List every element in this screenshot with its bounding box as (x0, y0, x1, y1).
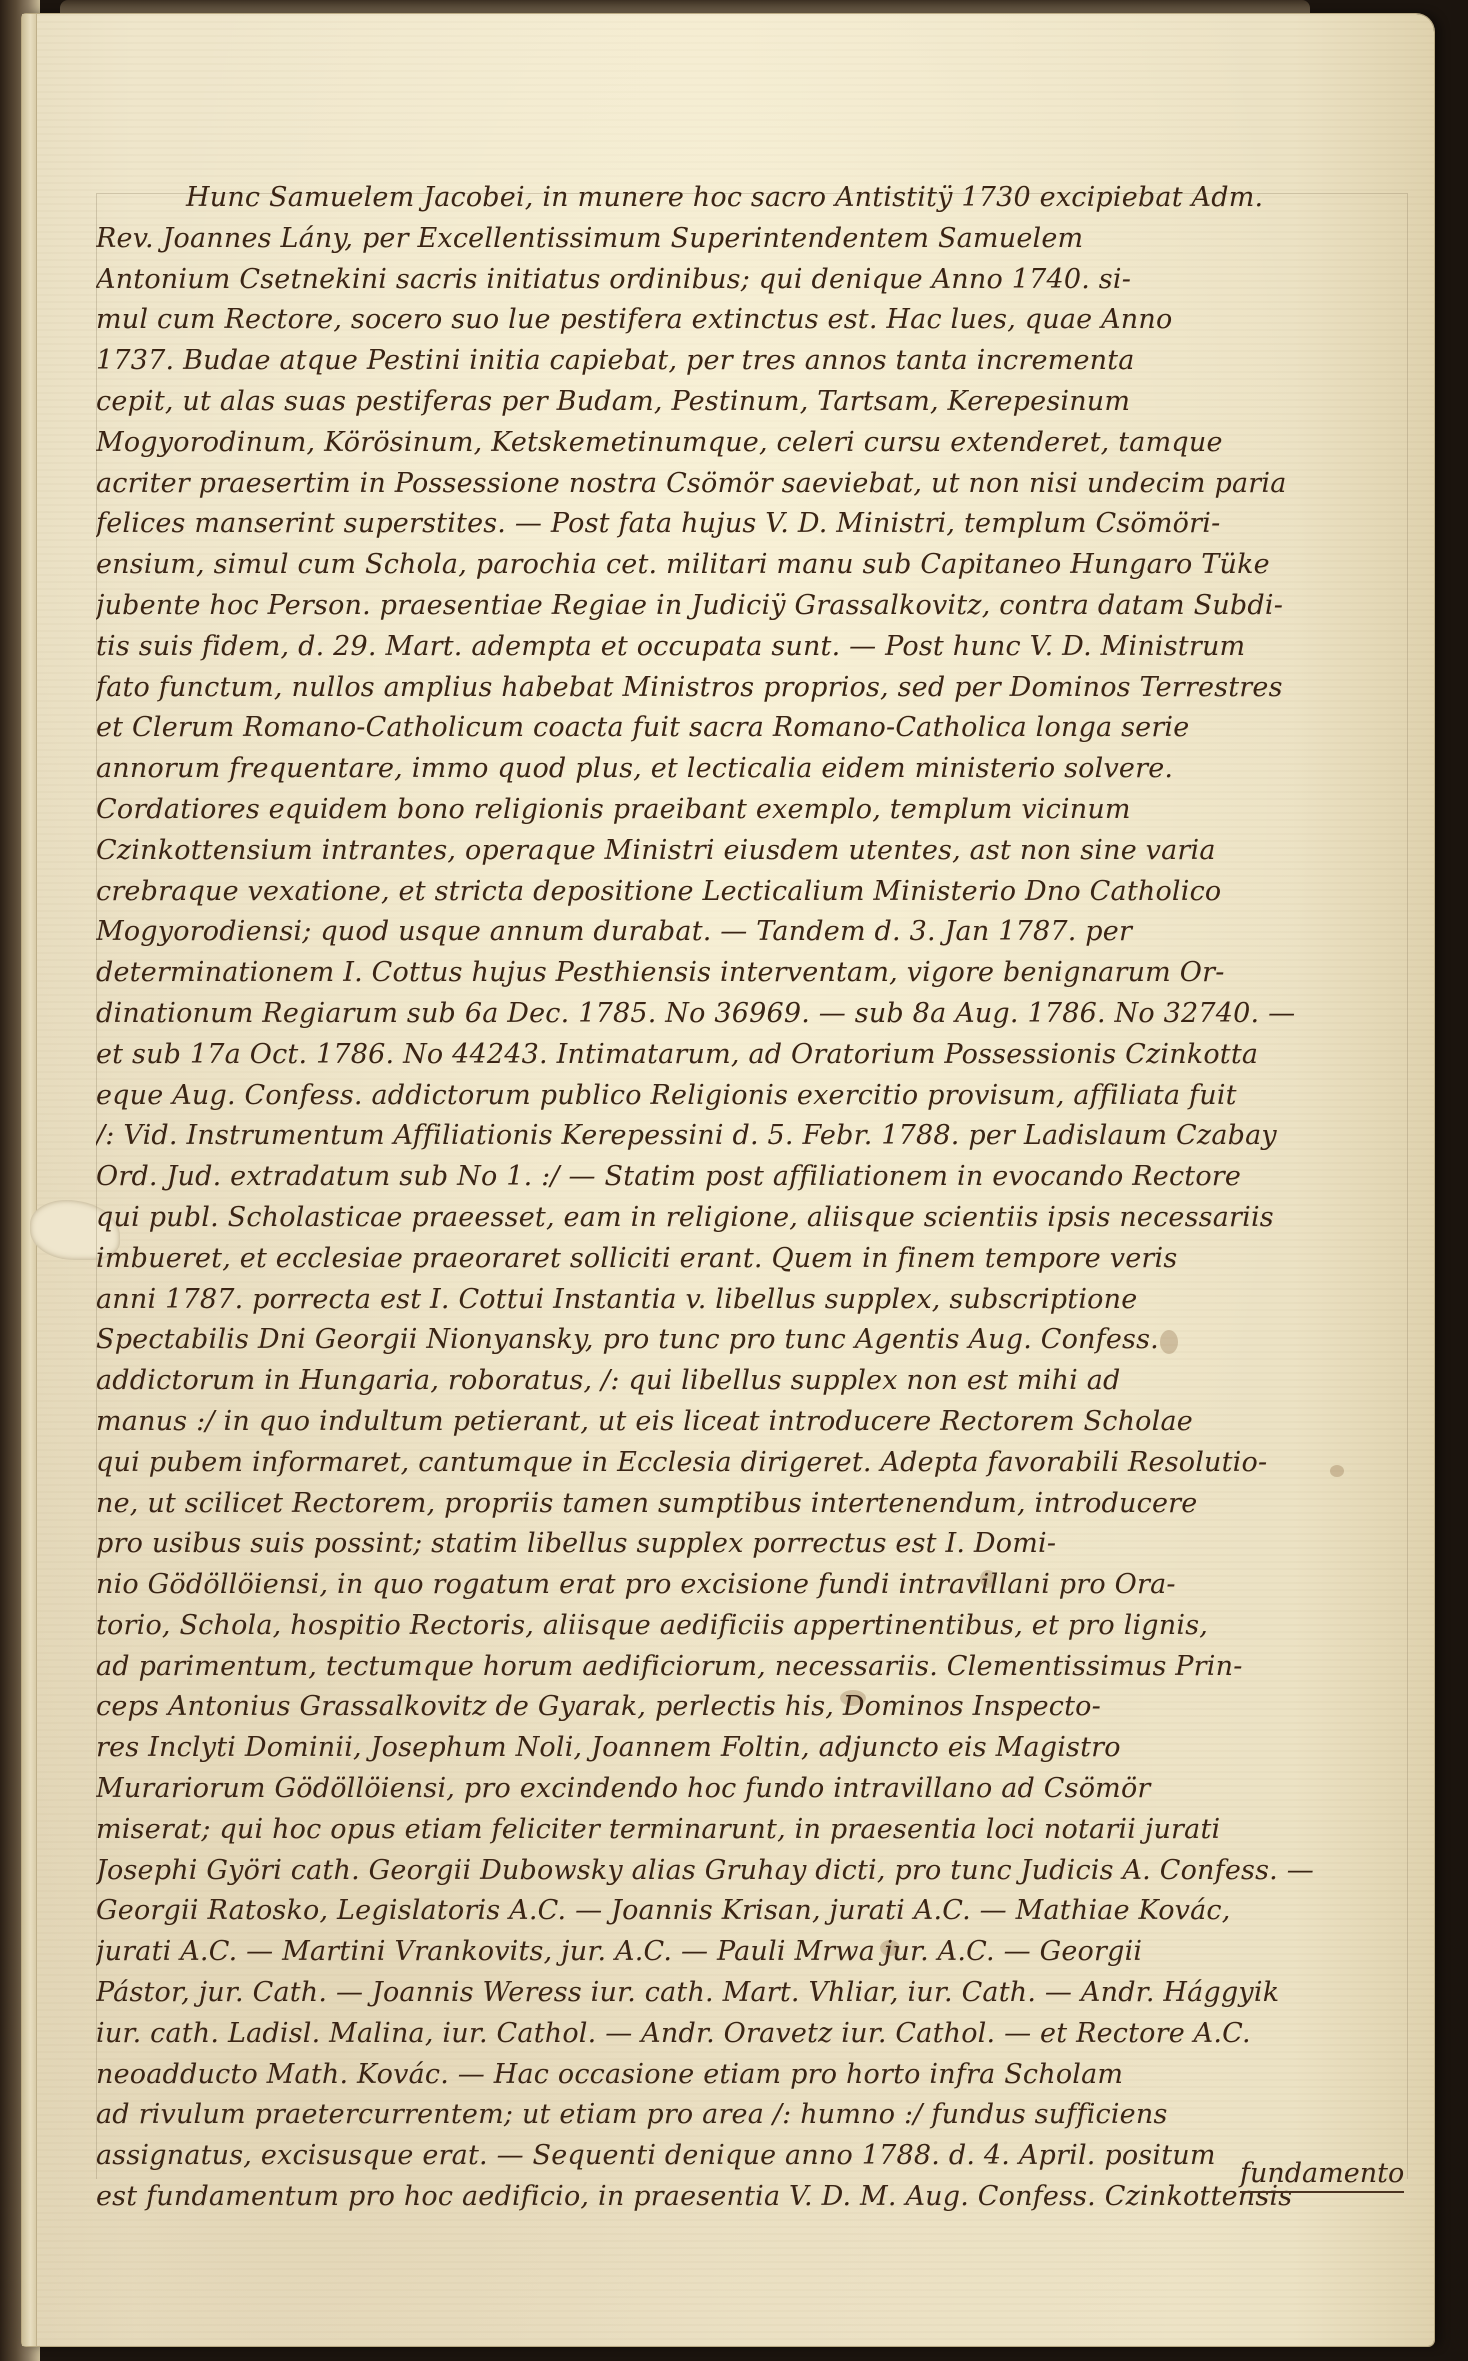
text-line: Antonium Csetnekini sacris initiatus ord… (96, 260, 1426, 301)
text-line: pro usibus suis possint; statim libellus… (96, 1524, 1426, 1565)
text-line: qui publ. Scholasticae praeesset, eam in… (96, 1198, 1426, 1239)
text-line: anni 1787. porrecta est I. Cottui Instan… (96, 1280, 1426, 1321)
text-line: eque Aug. Confess. addictorum publico Re… (96, 1076, 1426, 1117)
text-line: est fundamentum pro hoc aedificio, in pr… (96, 2177, 1426, 2218)
text-line: imbueret, et ecclesiae praeoraret sollic… (96, 1239, 1426, 1280)
text-line: tis suis fidem, d. 29. Mart. adempta et … (96, 627, 1426, 668)
text-line: Mogyorodiensi; quod usque annum durabat.… (96, 912, 1426, 953)
text-line: dinationum Regiarum sub 6a Dec. 1785. No… (96, 994, 1426, 1035)
text-line: Murariorum Gödöllöiensi, pro excindendo … (96, 1769, 1426, 1810)
text-line: ne, ut scilicet Rectorem, propriis tamen… (96, 1484, 1426, 1525)
text-line: fato functum, nullos amplius habebat Min… (96, 668, 1426, 709)
text-line: ad parimentum, tectumque horum aedificio… (96, 1647, 1426, 1688)
text-line: crebraque vexatione, et stricta depositi… (96, 872, 1426, 913)
text-line: assignatus, excisusque erat. — Sequenti … (96, 2136, 1426, 2177)
text-line: ad rivulum praetercurrentem; ut etiam pr… (96, 2095, 1426, 2136)
text-line: Spectabilis Dni Georgii Nionyansky, pro … (96, 1320, 1426, 1361)
text-line: Josephi Györi cath. Georgii Dubowsky ali… (96, 1851, 1426, 1892)
manuscript-text: Hunc Samuelem Jacobei, in munere hoc sac… (96, 178, 1426, 2218)
text-line: ensium, simul cum Schola, parochia cet. … (96, 545, 1426, 586)
text-line: miserat; qui hoc opus etiam feliciter te… (96, 1810, 1426, 1851)
text-line: jubente hoc Person. praesentiae Regiae i… (96, 586, 1426, 627)
text-line: manus :/ in quo indultum petierant, ut e… (96, 1402, 1426, 1443)
text-line: et sub 17a Oct. 1786. No 44243. Intimata… (96, 1035, 1426, 1076)
text-line: Pástor, jur. Cath. — Joannis Weress iur.… (96, 1973, 1426, 2014)
text-line: determinationem I. Cottus hujus Pesthien… (96, 953, 1426, 994)
text-line: 1737. Budae atque Pestini initia capieba… (96, 341, 1426, 382)
text-line: res Inclyti Dominii, Josephum Noli, Joan… (96, 1728, 1426, 1769)
text-line: nio Gödöllöiensi, in quo rogatum erat pr… (96, 1565, 1426, 1606)
text-line: acriter praesertim in Possessione nostra… (96, 464, 1426, 505)
text-line: qui pubem informaret, cantumque in Eccle… (96, 1443, 1426, 1484)
text-line: et Clerum Romano-Catholicum coacta fuit … (96, 708, 1426, 749)
text-line: jurati A.C. — Martini Vrankovits, jur. A… (96, 1932, 1426, 1973)
text-line: Mogyorodinum, Körösinum, Ketskemetinumqu… (96, 423, 1426, 464)
text-line: Czinkottensium intrantes, operaque Minis… (96, 831, 1426, 872)
text-line: addictorum in Hungaria, roboratus, /: qu… (96, 1361, 1426, 1402)
text-line: Georgii Ratosko, Legislatoris A.C. — Joa… (96, 1891, 1426, 1932)
text-line: Hunc Samuelem Jacobei, in munere hoc sac… (96, 178, 1426, 219)
text-line: /: Vid. Instrumentum Affiliationis Kerep… (96, 1116, 1426, 1157)
text-line: iur. cath. Ladisl. Malina, iur. Cathol. … (96, 2014, 1426, 2055)
text-line: felices manserint superstites. — Post fa… (96, 504, 1426, 545)
text-line: annorum frequentare, immo quod plus, et … (96, 749, 1426, 790)
text-line: Ord. Jud. extradatum sub No 1. :/ — Stat… (96, 1157, 1426, 1198)
text-line: mul cum Rectore, socero suo lue pestifer… (96, 300, 1426, 341)
text-line: neoadducto Math. Kovác. — Hac occasione … (96, 2055, 1426, 2096)
text-line: cepit, ut alas suas pestiferas per Budam… (96, 382, 1426, 423)
text-line: ceps Antonius Grassalkovitz de Gyarak, p… (96, 1687, 1426, 1728)
text-line: Rev. Joannes Lány, per Excellentissimum … (96, 219, 1426, 260)
text-line: torio, Schola, hospitio Rectoris, aliisq… (96, 1606, 1426, 1647)
gutter-fold (22, 14, 37, 2346)
catchword: fundamento (1240, 2158, 1404, 2193)
text-line: Cordatiores equidem bono religionis prae… (96, 790, 1426, 831)
